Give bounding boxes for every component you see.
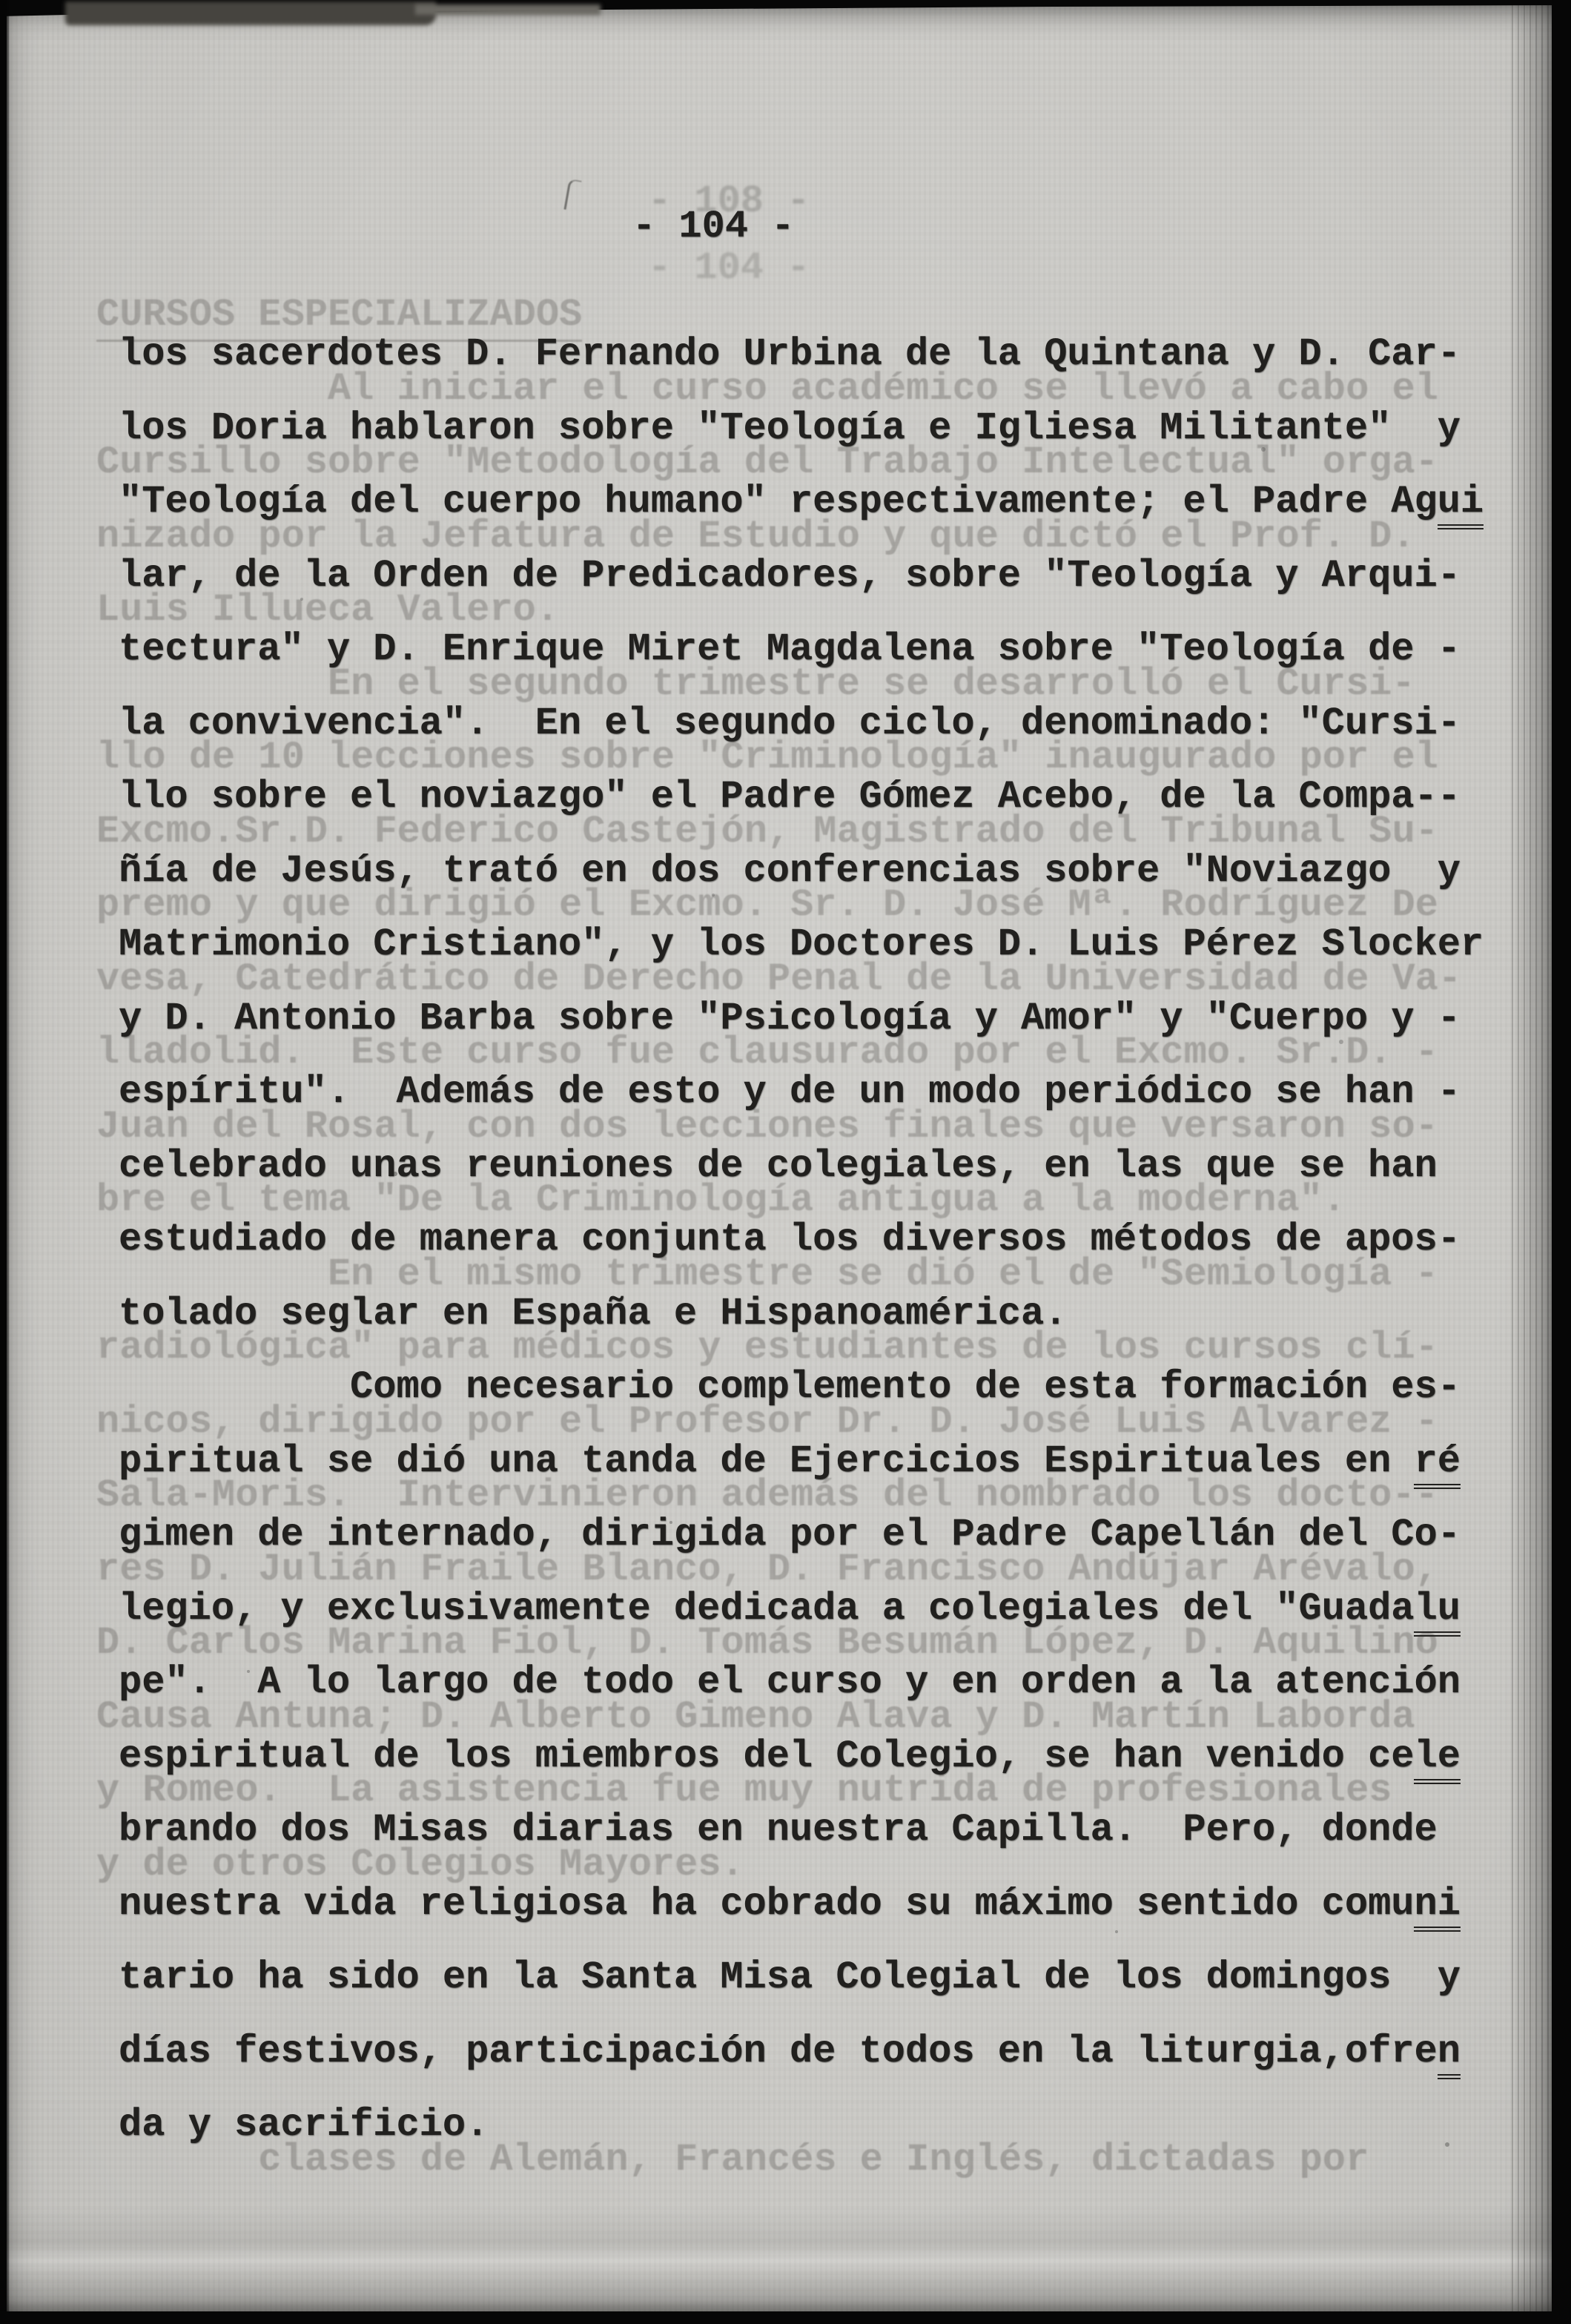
typed-line-underlined-tail: n	[1438, 2030, 1461, 2079]
typed-line-underlined-tail: ni	[1414, 1882, 1460, 1932]
typed-line: celebrado unas reuniones de colegiales, …	[119, 1129, 1527, 1204]
typed-line: pe". A lo largo de todo el curso y en or…	[119, 1645, 1527, 1720]
typed-line: y D. Antonio Barba sobre "Psicología y A…	[119, 982, 1527, 1056]
typed-line: legio, y exclusivamente dedicada a coleg…	[119, 1572, 1527, 1646]
typed-line: lar, de la Orden de Predicadores, sobre …	[119, 539, 1527, 613]
ghost-page-number-below: - 104 -	[648, 249, 810, 288]
bottom-fold-shadow	[0, 2206, 1571, 2311]
typed-line: Como necesario complemento de esta forma…	[119, 1350, 1527, 1425]
typed-line: tario ha sido en la Santa Misa Colegial …	[119, 1941, 1527, 2015]
scanner-edge-right	[1552, 0, 1571, 2324]
typed-line: tolado seglar en España e Hispanoamérica…	[119, 1277, 1527, 1351]
typed-line: la convivencia". En el segundo ciclo, de…	[119, 687, 1527, 761]
book-page-edges	[1512, 0, 1553, 2324]
scanner-edge-top-blob	[65, 1, 436, 25]
scanned-document-page: CURSOS ESPECIALIZADOS Al iniciar el curs…	[0, 0, 1571, 2324]
typed-line: gimen de internado, dirigida por el Padr…	[119, 1498, 1527, 1572]
scanner-edge-bottom	[0, 2311, 1571, 2324]
scanner-edge-top-blob-right	[415, 4, 601, 15]
typed-line-underlined-tail: ré	[1414, 1439, 1460, 1489]
typed-text-layer: los sacerdotes D. Fernando Urbina de la …	[119, 317, 1527, 2162]
typed-line: tectura" y D. Enrique Miret Magdalena so…	[119, 613, 1527, 687]
page-number: - 104 -	[632, 208, 794, 246]
typed-line-underlined-tail: ui	[1438, 480, 1484, 529]
typed-line-underlined-tail: le	[1414, 1734, 1460, 1784]
typed-line: llo sobre el noviazgo" el Padre Gómez Ac…	[119, 760, 1527, 834]
stray-pen-mark	[563, 179, 581, 211]
typed-line: brando dos Misas diarias en nuestra Capi…	[119, 1793, 1527, 1867]
typed-line: ñía de Jesús, trató en dos conferencias …	[119, 834, 1527, 908]
typed-line: los Doria hablaron sobre "Teología e Igl…	[119, 392, 1527, 466]
typed-line: piritual se dió una tanda de Ejercicios …	[119, 1425, 1527, 1499]
scanner-edge-left	[0, 0, 10, 2324]
typed-line: nuestra vida religiosa ha cobrado su máx…	[119, 1867, 1527, 1941]
typed-line: "Teología del cuerpo humano" respectivam…	[119, 465, 1527, 539]
typed-line: días festivos, participación de todos en…	[119, 2015, 1527, 2089]
typed-line: estudiado de manera conjunta los diverso…	[119, 1203, 1527, 1277]
typed-line: espíritu". Además de esto y de un modo p…	[119, 1055, 1527, 1129]
typed-line: los sacerdotes D. Fernando Urbina de la …	[119, 317, 1527, 392]
typed-line-underlined-tail: lu	[1414, 1587, 1460, 1637]
typed-line: Matrimonio Cristiano", y los Doctores D.…	[119, 908, 1527, 982]
typed-line: da y sacrificio.	[119, 2088, 1527, 2162]
typed-line: espiritual de los miembros del Colegio, …	[119, 1720, 1527, 1794]
